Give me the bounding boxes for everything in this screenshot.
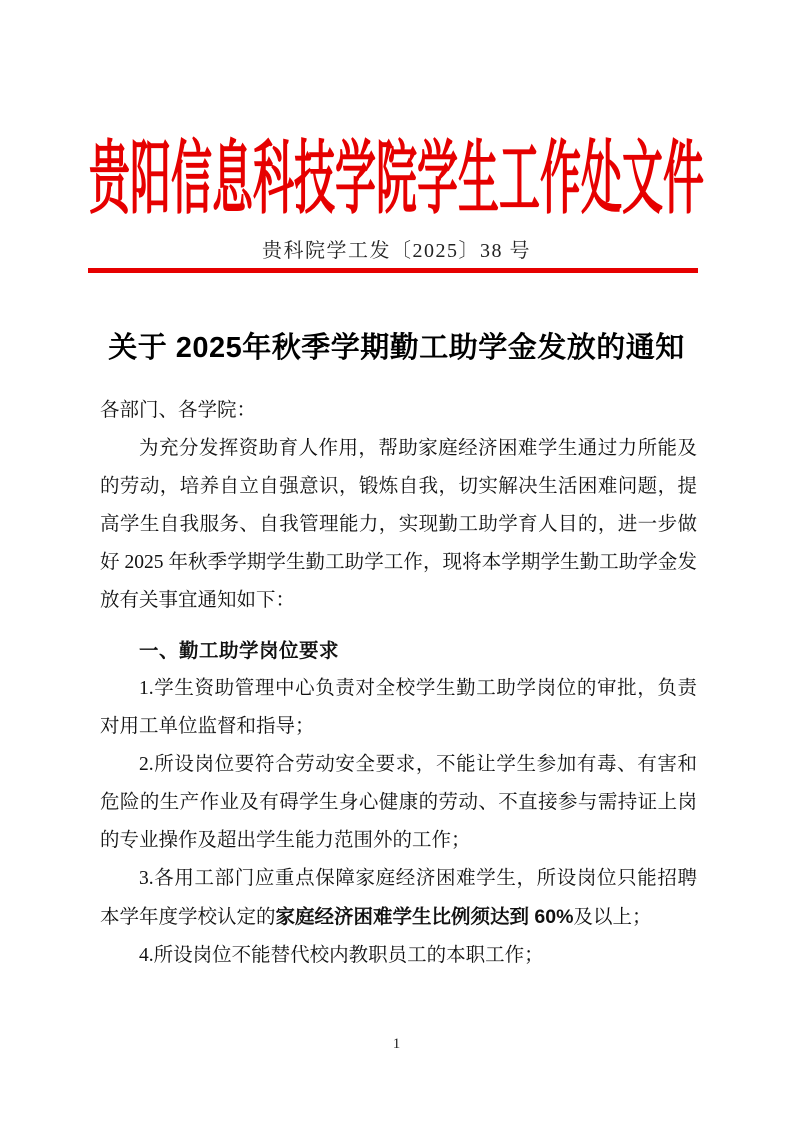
doc-number: 贵科院学工发〔2025〕38 号 <box>0 234 793 263</box>
red-separator-line <box>88 268 698 273</box>
document-title: 关于 2025年秋季学期勤工助学金发放的通知 <box>0 325 793 366</box>
list-item-3-suffix: 及以上； <box>573 907 651 928</box>
list-item-2: 2.所设岗位要符合劳动安全要求，不能让学生参加有毒、有害和危险的生产作业及有碍学… <box>100 746 697 860</box>
list-item-4: 4.所设岗位不能替代校内教职员工的本职工作； <box>100 937 697 975</box>
intro-paragraph: 为充分发挥资助育人作用，帮助家庭经济困难学生通过力所能及的劳动，培养自立自强意识… <box>100 430 697 620</box>
list-item-3: 3.各用工部门应重点保障家庭经济困难学生，所设岗位只能招聘本学年度学校认定的家庭… <box>100 860 697 937</box>
red-header-org-title: 贵阳信息科技学院学生工作处文件 <box>0 136 793 222</box>
list-item-1: 1.学生资助管理中心负责对全校学生勤工助学岗位的审批，负责对用工单位监督和指导； <box>100 670 697 746</box>
list-item-3-bold-requirement: 家庭经济困难学生比例须达到 60% <box>276 906 574 928</box>
document-body: 各部门、各学院： 为充分发挥资助育人作用，帮助家庭经济困难学生通过力所能及的劳动… <box>100 392 697 975</box>
document-page: 贵阳信息科技学院学生工作处文件 贵科院学工发〔2025〕38 号 关于 2025… <box>0 0 793 1122</box>
page-number: 1 <box>0 1036 793 1053</box>
section-heading-1: 一、勤工助学岗位要求 <box>100 632 697 670</box>
salutation: 各部门、各学院： <box>100 392 697 430</box>
